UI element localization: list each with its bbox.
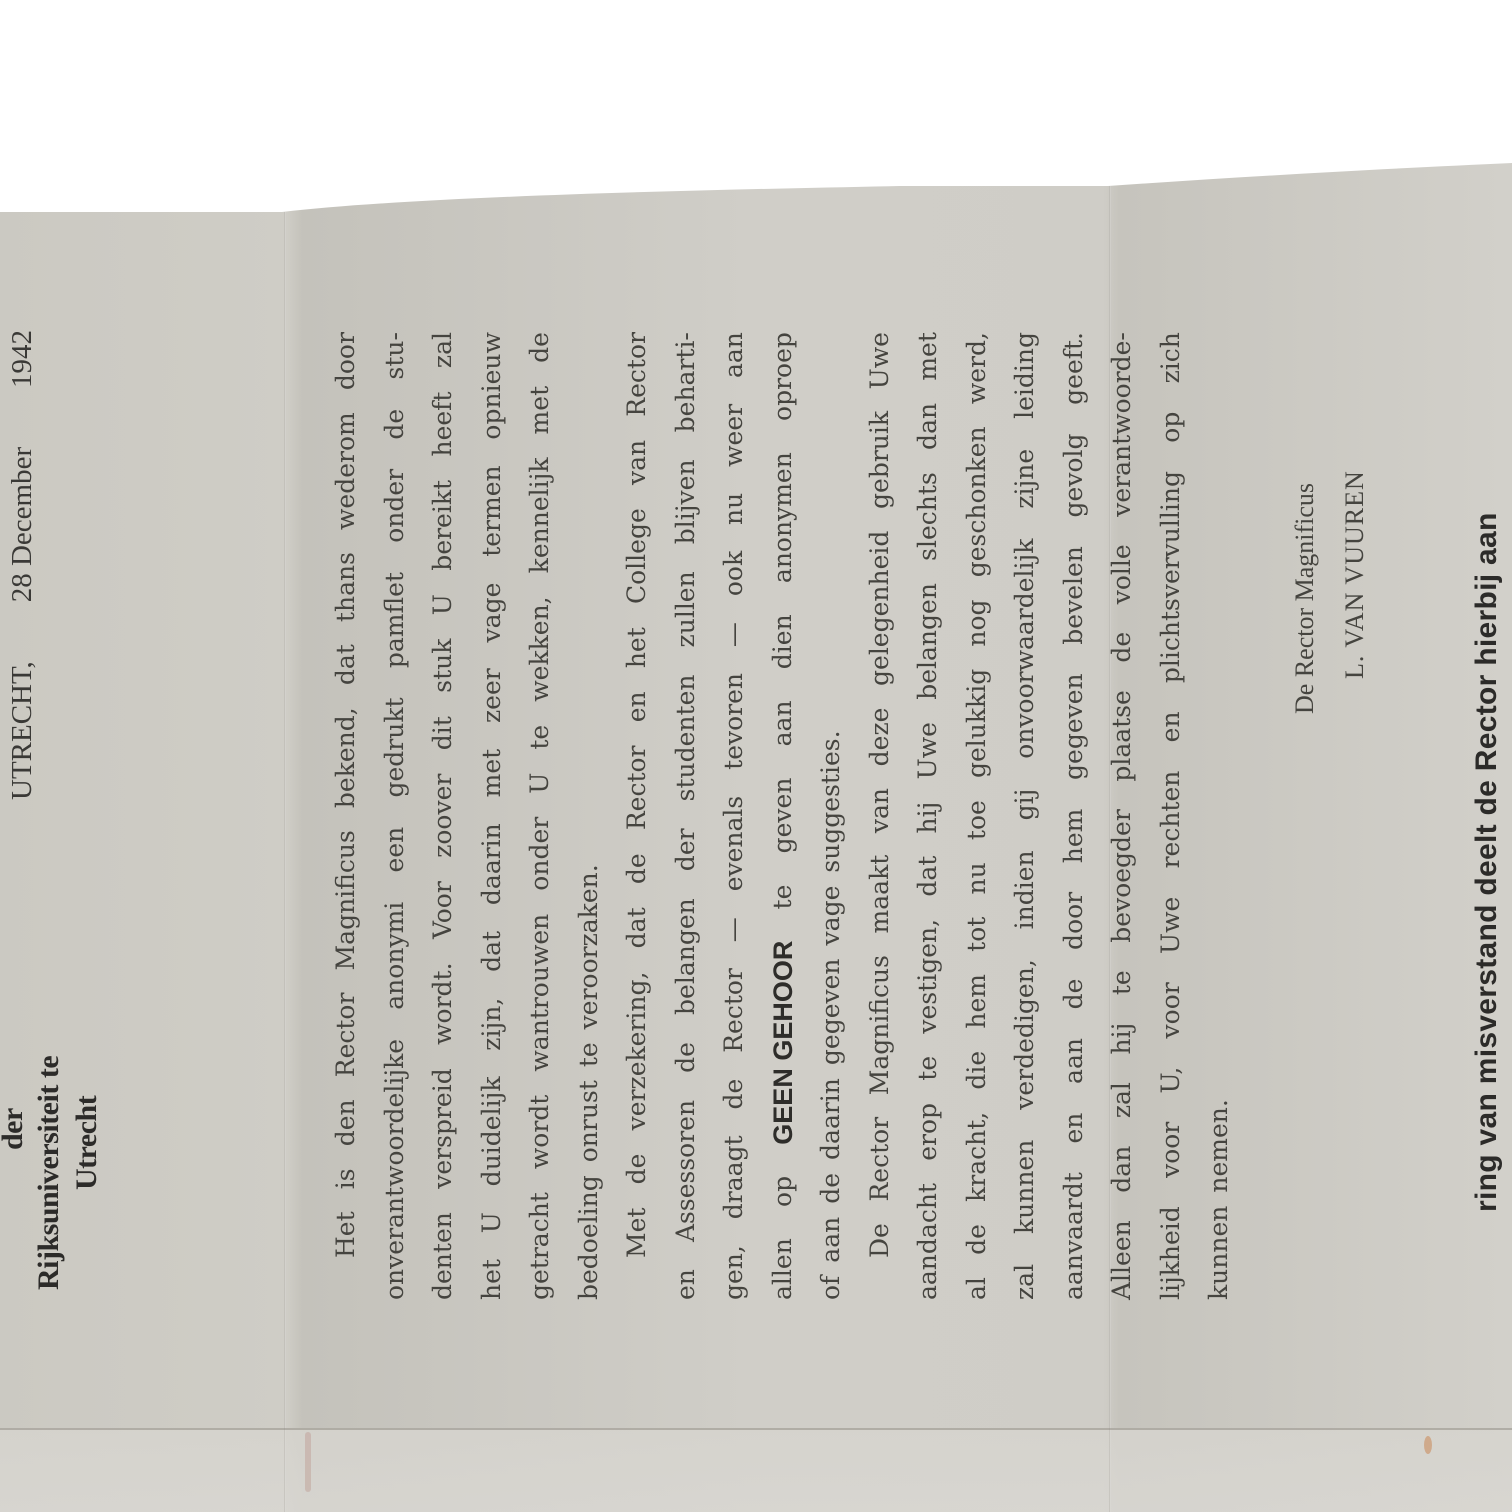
- body-line: bedoelingonrustteveroorzaken.: [565, 332, 614, 1300]
- word: Assessoren: [662, 1100, 711, 1242]
- word: al: [953, 1277, 1002, 1300]
- word: De: [856, 1223, 905, 1258]
- word: dien: [759, 614, 808, 669]
- word: U: [516, 773, 565, 794]
- word: allen: [759, 1238, 808, 1300]
- dateline-date: 28 December: [6, 447, 39, 602]
- word: verantwoorde-: [1098, 332, 1147, 517]
- word: Rector: [613, 745, 662, 830]
- word: zijn,: [468, 998, 517, 1051]
- word: gevolg: [1050, 433, 1099, 517]
- letter-document: der Rijksuniversiteit te Utrecht UTRECHT…: [0, 0, 1512, 1512]
- word: onrust: [565, 1080, 614, 1162]
- word: tevoren: [710, 673, 759, 770]
- word: gelukkig: [953, 669, 1002, 778]
- word: —: [710, 622, 759, 647]
- word: Rector: [856, 1117, 905, 1202]
- word: zal: [419, 332, 468, 368]
- word: onverantwoordelijke: [371, 1039, 420, 1300]
- dateline: UTRECHT, 28 December 1942: [6, 330, 39, 800]
- word: leiding: [1001, 332, 1050, 419]
- word: thans: [322, 552, 371, 622]
- word: zeer: [468, 668, 517, 723]
- body-line: aanvaardtenaandedoorhemgegevenbevelengev…: [1050, 332, 1099, 1300]
- body-line: hetUduidelijkzijn,datdaarinmetzeervagete…: [468, 332, 517, 1300]
- word: Magnificus: [322, 830, 371, 970]
- word: plichtsvervulling: [1147, 471, 1196, 683]
- word: oproep: [759, 332, 808, 421]
- word: door: [1050, 892, 1099, 950]
- bottom-note-partial: ring van misverstand deelt de Rector hie…: [1470, 512, 1504, 1212]
- emphasis-text: GEEN GEHOOR: [759, 941, 808, 1145]
- word: bekend,: [322, 707, 371, 808]
- word: verzekering,: [613, 972, 662, 1131]
- word: te: [1098, 970, 1147, 995]
- word: bevelen: [1050, 546, 1099, 645]
- word: de: [613, 1154, 662, 1185]
- word: hij: [1098, 1023, 1147, 1055]
- word: gedrukt: [371, 697, 420, 797]
- word: dan: [904, 403, 953, 450]
- word: en: [1050, 1113, 1099, 1144]
- word: voor: [1147, 982, 1196, 1038]
- word: geven: [759, 778, 808, 854]
- letterhead-der: der: [0, 1108, 30, 1150]
- word: door: [322, 332, 371, 390]
- word: evenals: [710, 796, 759, 892]
- word: dan: [1098, 1146, 1147, 1193]
- word: —: [710, 917, 759, 942]
- word: te: [565, 1042, 614, 1067]
- word: kunnen: [1001, 1140, 1050, 1234]
- word: is: [322, 1168, 371, 1189]
- word: Het: [322, 1211, 371, 1258]
- word: duidelijk: [468, 1077, 517, 1187]
- word: met: [516, 386, 565, 435]
- word: de: [371, 409, 420, 440]
- body-line: aldekracht,diehemtotnutoegelukkignoggesc…: [953, 332, 1002, 1300]
- word: Rector: [322, 993, 371, 1078]
- word: van: [856, 788, 905, 833]
- letterhead-university: Rijksuniversiteit te: [32, 1056, 66, 1290]
- word: onder: [516, 817, 565, 891]
- word: indien: [1001, 850, 1050, 929]
- word: aanvaardt: [1050, 1172, 1099, 1300]
- word: de: [710, 1079, 759, 1110]
- word: gen,: [710, 1245, 759, 1300]
- word: opnieuw: [468, 332, 517, 439]
- word: zich: [1147, 332, 1196, 383]
- word: blijven: [662, 459, 711, 544]
- body-line: kunnennemen.: [1195, 332, 1244, 1300]
- word: hij: [904, 802, 953, 834]
- word: aan: [1050, 1038, 1099, 1084]
- word: werd,: [953, 332, 1002, 404]
- word: die: [953, 1051, 1002, 1090]
- word: studenten: [662, 675, 711, 802]
- word: dat: [322, 644, 371, 685]
- word: Met: [613, 1208, 662, 1258]
- word: kunnen: [1195, 1206, 1244, 1300]
- letterhead-city: Utrecht: [70, 1096, 104, 1190]
- word: en: [1147, 711, 1196, 742]
- word: zijne: [1001, 449, 1050, 509]
- word: wordt: [516, 1095, 565, 1169]
- word: wantrouwen: [516, 914, 565, 1072]
- word: gegeven: [1050, 673, 1099, 780]
- word: wordt.: [419, 962, 468, 1044]
- word: Rector: [613, 332, 662, 417]
- word: zoover: [419, 774, 468, 858]
- word: wekken,: [516, 596, 565, 701]
- body-line: DeRectorMagnificusmaaktvandezegelegenhei…: [856, 332, 905, 1300]
- dateline-place: UTRECHT,: [6, 661, 39, 800]
- word: geschonken: [953, 426, 1002, 577]
- word: de: [1098, 632, 1147, 663]
- word: deze: [856, 708, 905, 767]
- word: bevoegder: [1098, 809, 1147, 943]
- word: verspreid: [419, 1068, 468, 1188]
- word: U: [419, 594, 468, 615]
- word: te: [516, 725, 565, 750]
- word: daarin: [807, 1078, 856, 1160]
- word: en: [613, 691, 662, 722]
- word: het: [613, 627, 662, 668]
- word: op: [1147, 412, 1196, 443]
- word: U,: [1147, 1067, 1196, 1094]
- word: voor: [1147, 1122, 1196, 1178]
- word: denten: [419, 1212, 468, 1300]
- word: met: [468, 749, 517, 798]
- word: anonymen: [759, 452, 808, 583]
- body-line: onverantwoordelijkeanonymieengedruktpamf…: [371, 332, 420, 1300]
- word: Uwe: [856, 332, 905, 389]
- word: wederom: [322, 412, 371, 530]
- word: de: [662, 1042, 711, 1073]
- word: Uwe: [1147, 897, 1196, 954]
- word: lijkheid: [1147, 1206, 1196, 1300]
- letter-body: HetisdenRectorMagnificusbekend,datthansw…: [322, 332, 1244, 1300]
- word: te: [759, 885, 808, 910]
- word: Alleen: [1098, 1220, 1147, 1300]
- word: of: [807, 1276, 856, 1300]
- word: stuk: [419, 639, 468, 693]
- word: termen: [468, 465, 517, 556]
- word: Rector: [710, 968, 759, 1053]
- body-line: HetisdenRectorMagnificusbekend,datthansw…: [322, 332, 371, 1300]
- word: bedoeling: [565, 1175, 614, 1300]
- word: van: [613, 440, 662, 485]
- word: veroorzaken.: [565, 864, 614, 1029]
- word: vestigen,: [904, 919, 953, 1034]
- word: vage: [468, 583, 517, 643]
- word: suggesties.: [807, 730, 856, 872]
- word: rechten: [1147, 771, 1196, 869]
- body-line: gen,draagtdeRector—evenalstevoren—ooknuw…: [710, 332, 759, 1300]
- word: ook: [710, 551, 759, 596]
- dateline-year: 1942: [6, 330, 39, 388]
- word: toe: [953, 800, 1002, 840]
- body-line: aandachteroptevestigen,dathijUwebelangen…: [904, 332, 953, 1300]
- word: kennelijk: [516, 457, 565, 573]
- word: dat: [904, 856, 953, 897]
- word: belangen: [662, 898, 711, 1015]
- word: College: [613, 508, 662, 604]
- word: gegeven: [807, 958, 856, 1065]
- body-line: lijkheidvoorU,voorUwerechtenenplichtsver…: [1147, 332, 1196, 1300]
- signature-title: De Rector Magnificus: [1290, 483, 1320, 714]
- word: tot: [953, 917, 1002, 952]
- word: weer: [710, 404, 759, 467]
- body-line: enAssessorendebelangenderstudentenzullen…: [662, 332, 711, 1300]
- word: plaatse: [1098, 690, 1147, 781]
- word: anonymi: [371, 902, 420, 1010]
- word: en: [662, 1269, 711, 1300]
- word: de: [1050, 979, 1099, 1010]
- word: zal: [1098, 1082, 1147, 1118]
- body-line: allenopGEEN GEHOORtegevenaandienanonymen…: [759, 332, 808, 1300]
- word: draagt: [710, 1135, 759, 1219]
- word: aan: [759, 700, 808, 746]
- word: stu-: [371, 332, 420, 379]
- word: maakt: [856, 855, 905, 934]
- word: aandacht: [904, 1183, 953, 1300]
- word: de: [516, 332, 565, 363]
- word: vage: [807, 886, 856, 946]
- signature-name: L. VAN VUUREN: [1340, 470, 1370, 679]
- word: Voor: [419, 881, 468, 939]
- word: slechts: [904, 472, 953, 561]
- word: zullen: [662, 571, 711, 647]
- word: de: [807, 1173, 856, 1204]
- word: aan: [807, 1217, 856, 1263]
- word: gebruik: [856, 411, 905, 509]
- word: geeft.: [1050, 332, 1099, 405]
- word: nog: [953, 599, 1002, 646]
- word: daarin: [468, 823, 517, 905]
- word: dat: [468, 931, 517, 972]
- word: kracht,: [953, 1112, 1002, 1202]
- word: de: [613, 853, 662, 884]
- word: op: [759, 1176, 808, 1207]
- word: nu: [953, 862, 1002, 894]
- word: beharti-: [662, 332, 711, 432]
- word: gij: [1001, 789, 1050, 821]
- word: nu: [710, 493, 759, 525]
- word: onder: [371, 469, 420, 543]
- word: dit: [419, 716, 468, 750]
- body-line: dentenverspreidwordt.VoorzooverditstukUb…: [419, 332, 468, 1300]
- word: met: [904, 332, 953, 381]
- word: onvoorwaardelijk: [1001, 539, 1050, 759]
- word: hem: [953, 974, 1002, 1029]
- word: gelegenheid: [856, 531, 905, 686]
- word: volle: [1098, 544, 1147, 604]
- word: bereikt: [419, 480, 468, 571]
- word: U: [468, 1212, 517, 1233]
- word: heeft: [419, 392, 468, 457]
- word: hem: [1050, 809, 1099, 864]
- word: den: [322, 1099, 371, 1146]
- body-line: getrachtwordtwantrouwenonderUtewekken,ke…: [516, 332, 565, 1300]
- word: Magnificus: [856, 955, 905, 1095]
- word: de: [953, 1224, 1002, 1255]
- body-line: zalkunnenverdedigen,indiengijonvoorwaard…: [1001, 332, 1050, 1300]
- word: aan: [710, 332, 759, 378]
- word: der: [662, 828, 711, 871]
- word: dat: [613, 907, 662, 948]
- word: verdedigen,: [1001, 959, 1050, 1110]
- word: Uwe: [904, 722, 953, 779]
- body-line: Alleendanzalhijtebevoegderplaatsedevolle…: [1098, 332, 1147, 1300]
- body-line: ofaandedaaringegevenvagesuggesties.: [807, 332, 856, 1300]
- word: belangen: [904, 583, 953, 700]
- word: het: [468, 1259, 517, 1300]
- word: getracht: [516, 1192, 565, 1300]
- word: zal: [1001, 1264, 1050, 1300]
- body-line: Metdeverzekering,datdeRectorenhetCollege…: [613, 332, 662, 1300]
- word: nemen.: [1195, 1099, 1244, 1192]
- word: pamflet: [371, 572, 420, 668]
- word: een: [371, 827, 420, 873]
- word: te: [904, 1056, 953, 1081]
- word: erop: [904, 1103, 953, 1161]
